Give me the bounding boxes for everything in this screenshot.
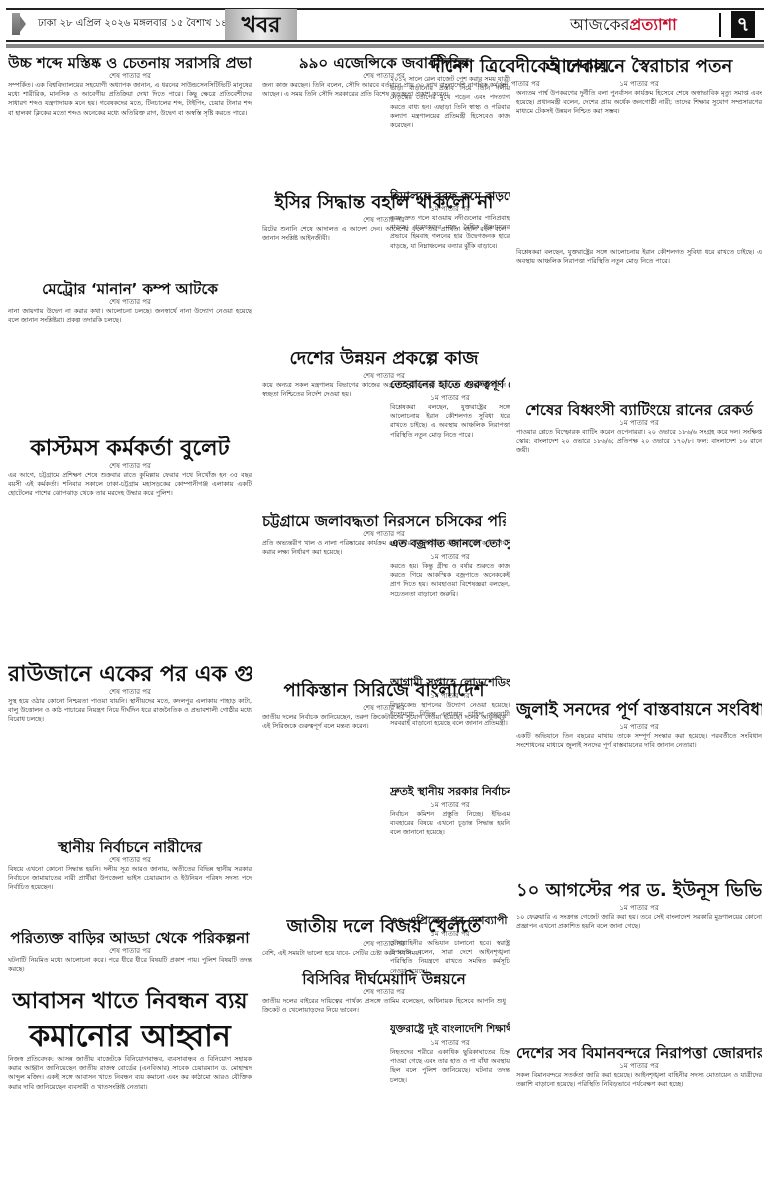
article-headline[interactable]: জুলাই সনদের পূর্ণ বাস্তবায়নে সংবিধান [516,697,762,723]
jump-label: ১ম পাতার পর [516,419,762,428]
feature-headline-line2[interactable]: কমানোর আহ্বান [8,1019,252,1055]
article-body: নিহতদের শরীরে একাধিক ছুরিকাঘাতের চিহ্ন প… [390,1048,510,1085]
article-body: বিশ্লেষকরা বলছেন, যুক্তরাষ্ট্রের সঙ্গে আ… [516,248,762,266]
column-right: আন্দোলনে স্বৈরাচার পতন ১ম পাতার পর অন্যত… [516,52,762,1148]
jump-label: শেষ পাতার পর [8,688,252,697]
masthead-rule-bottom [6,40,764,42]
article[interactable]: আন্দোলনে স্বৈরাচার পতন ১ম পাতার পর অন্যত… [516,52,762,242]
masthead-rule-top [6,8,764,10]
article-body: ঘটনাটি নিয়মিত মধ্যে আলোচনা করে। পরে ধীর… [8,956,252,974]
jump-label: ১ম পাতার পর [516,1062,762,1071]
article-body: এর আগে, চট্টগ্রামে প্রশিক্ষণ শেষে শুক্রব… [8,471,252,499]
article-body: করতে হয়। কিন্তু গ্রীষ্ম ও বর্ষার শুরুতে… [390,562,510,672]
jump-label: ১ম পাতার পর [390,394,510,403]
article-headline[interactable]: ১০ আগস্টের পর ড. ইউনূস ভিভিআইপি [516,878,762,904]
article-body: অন্যতম পার্শ্ব উপকরণের দুর্নীতি বলা পুনর… [516,89,762,117]
article[interactable]: মেট্রোর ‘মানান’ কম্প আটকে শেষ পাতার পর ন… [8,278,252,428]
article-body: একটি অভিযানে তিন বছরের মাথায় তাকে সম্পূ… [516,732,762,750]
article-body: বিশ্লেষকরা বলছেন, যুক্তরাষ্ট্রের সঙ্গে আ… [390,403,510,533]
article-headline[interactable]: দ্রুতই স্থানীয় সরকার নির্বাচন [390,783,510,801]
article-headline[interactable]: আগামী সপ্তাহে লোডশেডিং কমবে [390,674,510,692]
jump-label: ১ম পাতার পর [390,1039,510,1048]
article-headline[interactable]: রাউজানে একের পর এক গুলি [8,662,252,688]
article[interactable]: রাউজানে একের পর এক গুলি শেষ পাতার পর সুস… [8,660,252,830]
article-headline[interactable]: মেট্রোর ‘মানান’ কম্প আটকে [8,280,252,298]
article-headline[interactable]: কাস্টমস কর্মকর্তা বুলেট [8,436,252,462]
feature-headline[interactable]: আবাসন খাতে নিবন্ধন ব্যয় [8,987,252,1017]
article-headline[interactable]: আন্দোলনে স্বৈরাচার পতন [516,54,762,80]
jump-label: ১ম পাতার পর [390,205,510,214]
jump-label: ১ম পাতার পর [516,723,762,732]
article-headline[interactable]: উচ্চ শব্দে মস্তিষ্ক ও চেতনায় সরাসরি প্র… [8,54,252,72]
article[interactable]: উচ্চ শব্দে মস্তিষ্ক ও চেতনায় সরাসরি প্র… [8,52,252,272]
article-body: ১০ ফেব্রুয়ারি এ সংক্রান্ত গেজেট জারি কর… [516,913,762,931]
article[interactable]: বিশ্লেষকরা বলছেন, যুক্তরাষ্ট্রের সঙ্গে আ… [516,248,762,393]
page-number: ৭ [731,11,755,38]
article-body: নানা জায়গায় উদ্বেগ না করার কথা। আলোচনা… [8,307,252,325]
jump-label: শেষ পাতার পর [8,462,252,471]
jump-label: ১ম পাতার পর [390,692,510,701]
jump-label: ১ম পাতার পর [390,801,510,810]
article-body: বিদ্যুৎকেন্দ্র স্থাপনের উদ্যোগ নেওয়া হয… [390,701,510,781]
column-left: উচ্চ শব্দে মস্তিষ্ক ও চেতনায় সরাসরি প্র… [8,52,252,1013]
masthead: ঢাকা ২৮ এপ্রিল ২০২৬ মঙ্গলবার ১৫ বৈশাখ ১৪… [0,0,770,40]
masthead-rule-thick [6,44,764,48]
article[interactable]: স্থানীয় নির্বাচনে নারীদের শেষ পাতার পর … [8,836,252,921]
article-body: ২০১২ সালে রেল বাজেট পেশ করার সময় যাত্রী… [390,75,510,185]
article-headline[interactable]: পরিত্যক্ত বাড়ির আড্ডা থেকে পরিকল্পনা [8,929,252,947]
jump-label: শেষ পাতার পর [8,947,252,956]
jump-label: শেষ পাতার পর [8,72,252,81]
article[interactable]: দেশের সব বিমানবন্দরে নিরাপত্তা জোরদার ১ম… [516,1042,762,1142]
article[interactable]: শেষের বিধ্বংসী ব্যাটিংয়ে রানের রেকর্ড ১… [516,399,762,689]
jump-label: ১ম পাতার পর [516,904,762,913]
article-headline[interactable]: হিমালয়ে বরফ কমে বাড়ছে পানি [390,187,510,205]
article-headline[interactable]: যুক্তরাষ্ট্রে দুই বাংলাদেশি শিক্ষার্থীকে… [390,1021,510,1039]
article-body: যৌথবাহিনীর অভিযান চালানো হবে। স্বরাষ্ট্র… [390,939,510,1019]
feature-body: নিজস্ব প্রতিবেদক: আসন্ন জাতীয় বাজেটকে ব… [8,1055,252,1092]
article-body: সকল বিমানবন্দরে সতর্কতা জারি করা হয়েছে।… [516,1071,762,1089]
section-marker-icon [12,13,20,35]
article-body: সুস্থ হয়ে ওঠার কোনো নিশ্চয়তা পাওয়া যা… [8,697,252,725]
date-line: ঢাকা ২৮ এপ্রিল ২০২৬ মঙ্গলবার ১৫ বৈশাখ ১৪… [38,16,241,33]
article-body: বরফ দ্রুত গলে যাওয়ায় নদীগুলোর পানিপ্রব… [390,214,510,374]
masthead-divider [719,13,721,37]
article-body: বিষয়ে এখনো কোনো সিদ্ধান্ত হয়নি। দলীয় … [8,865,252,893]
article-headline[interactable]: স্থানীয় নির্বাচনে নারীদের [8,838,252,856]
jump-label: ১ম পাতার পর [516,80,762,89]
feature-article[interactable]: আবাসন খাতে নিবন্ধন ব্যয় কমানোর আহ্বান ন… [8,985,252,1092]
article-headline[interactable]: শেষের বিধ্বংসী ব্যাটিংয়ে রানের রেকর্ড [516,401,762,419]
article[interactable]: ১০ আগস্টের পর ড. ইউনূস ভিভিআইপি ১ম পাতার… [516,876,762,1036]
article-headline[interactable]: এত বজ্রপাত জানলে তো সুনামগঞ্জে বিয়েই [390,535,510,553]
article-headline[interactable]: দেশের সব বিমানবন্দরে নিরাপত্তা জোরদার [516,1044,762,1062]
article[interactable]: কাস্টমস কর্মকর্তা বুলেট শেষ পাতার পর এর … [8,434,252,654]
jump-label: ১ম পাতার পর [390,553,510,562]
article-headline[interactable]: তেহরানের হাতে গুরুত্বপূর্ণ কৌশলগত [390,376,510,394]
jump-label: শেষ পাতার পর [8,856,252,865]
jump-label: শেষ পাতার পর [8,298,252,307]
brand-logo: আজকেরপ্রত্যাশা [570,12,677,39]
section-title: খবর [225,9,297,42]
article-body: পাওয়ার প্লেতে বিস্ফোরক ব্যাটিং করেন ওপে… [516,428,762,456]
article[interactable]: জুলাই সনদের পূর্ণ বাস্তবায়নে সংবিধান ১ম… [516,695,762,870]
article-headline[interactable]: ৩০ এপ্রিলের পর দেশব্যাপী সমন্বিত [390,912,510,930]
article-body: সম্পর্কিত। এক বিশ্ববিদ্যালয়ের সহযোগী অধ… [8,81,252,118]
jump-label: ১ম পাতার পর [390,930,510,939]
column-center-right: ২০১২ সালে রেল বাজেট পেশ করার সময় যাত্রী… [390,75,510,1195]
brand-prefix: আজকের [570,15,629,34]
brand-accent: প্রত্যাশা [629,15,676,34]
arrow-right-icon [20,16,26,32]
article-body: নির্বাচন কমিশন প্রস্তুতি নিচ্ছে। ইভিএম ব… [390,810,510,910]
